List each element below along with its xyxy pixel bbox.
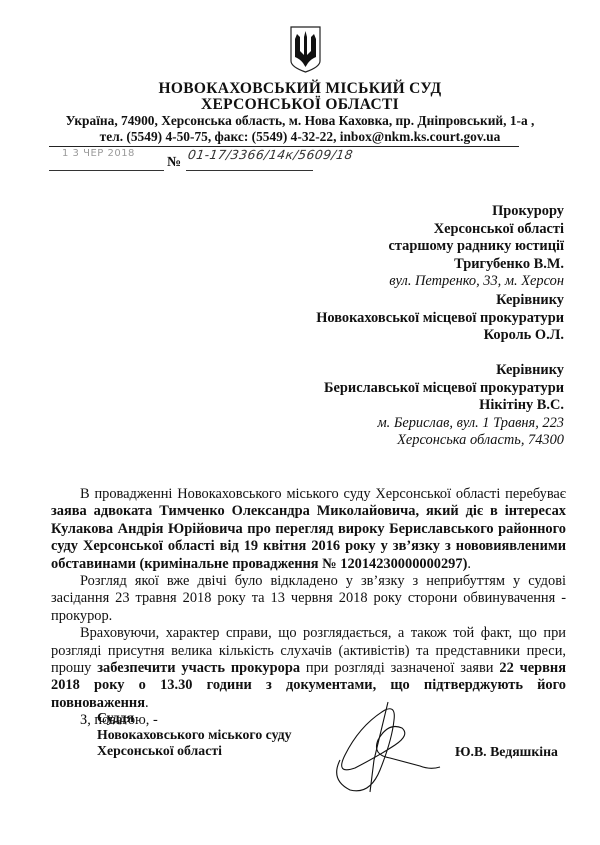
judge-name: Ю.В. Ведяшкіна xyxy=(455,744,558,760)
addressee-1: Прокурору Херсонської області старшому р… xyxy=(389,203,564,291)
addressee-address: Херсонська область, 74300 xyxy=(324,432,564,450)
addressee-line: Керівнику xyxy=(324,362,564,380)
addressee-line: Тригубенко В.М. xyxy=(389,256,564,274)
position-line: Суддя xyxy=(97,710,292,727)
addressee-line: Нікітіну В.С. xyxy=(324,397,564,415)
addressee-2: Керівнику Новокаховської місцевої прокур… xyxy=(316,292,564,345)
addressee-line: Бериславської місцевої прокуратури xyxy=(324,380,564,398)
date-underline xyxy=(49,170,164,171)
addressee-line: Херсонської області xyxy=(389,221,564,239)
registration-number: 01-17/3366/14к/5609/18 xyxy=(187,147,354,162)
signature-position: Суддя Новокаховського міського суду Херс… xyxy=(97,710,292,760)
paragraph-2: Розгляд якої вже двічі було відкладено у… xyxy=(51,573,566,625)
addressee-line: старшому раднику юстиції xyxy=(389,238,564,256)
court-name-line2: ХЕРСОНСЬКОЇ ОБЛАСТІ xyxy=(0,96,600,113)
date-stamp: 1 3 ЧЕР 2018 xyxy=(62,148,135,159)
court-address: Україна, 74900, Херсонська область, м. Н… xyxy=(0,113,600,129)
addressee-line: Керівнику xyxy=(316,292,564,310)
p3-end: . xyxy=(145,695,149,711)
p1-end: . xyxy=(467,556,471,572)
court-name-line1: НОВОКАХОВСЬКИЙ МІСЬКИЙ СУД xyxy=(0,80,600,97)
paragraph-1: В провадженні Новокаховського міського с… xyxy=(51,486,566,573)
letter-body: В провадженні Новокаховського міського с… xyxy=(51,486,566,730)
p3-bold-request: забезпечити участь прокурора xyxy=(97,660,300,676)
addressee-line: Прокурору xyxy=(389,203,564,221)
addressee-address: м. Берислав, вул. 1 Травня, 223 xyxy=(324,415,564,433)
p3-text2: при розгляді зазначеної заяви xyxy=(300,660,499,676)
handwritten-signature-icon xyxy=(330,700,450,800)
court-contacts: тел. (5549) 4-50-75, факс: (5549) 4-32-2… xyxy=(0,129,600,145)
p1-text: В провадженні Новокаховського міського с… xyxy=(80,486,566,502)
paragraph-3: Враховуючи, характер справи, що розгляда… xyxy=(51,625,566,712)
addressee-line: Король О.Л. xyxy=(316,327,564,345)
position-line: Херсонської області xyxy=(97,743,292,760)
p1-bold: заява адвоката Тимченко Олександра Микол… xyxy=(51,503,566,571)
addressee-3: Керівнику Бериславської місцевої прокура… xyxy=(324,362,564,450)
coat-of-arms-icon xyxy=(289,25,322,73)
position-line: Новокаховського міського суду xyxy=(97,727,292,744)
addressee-line: Новокаховської місцевої прокуратури xyxy=(316,310,564,328)
addressee-address: вул. Петренко, 33, м. Херсон xyxy=(389,273,564,291)
number-underline xyxy=(186,170,313,171)
number-label: № xyxy=(167,155,181,171)
